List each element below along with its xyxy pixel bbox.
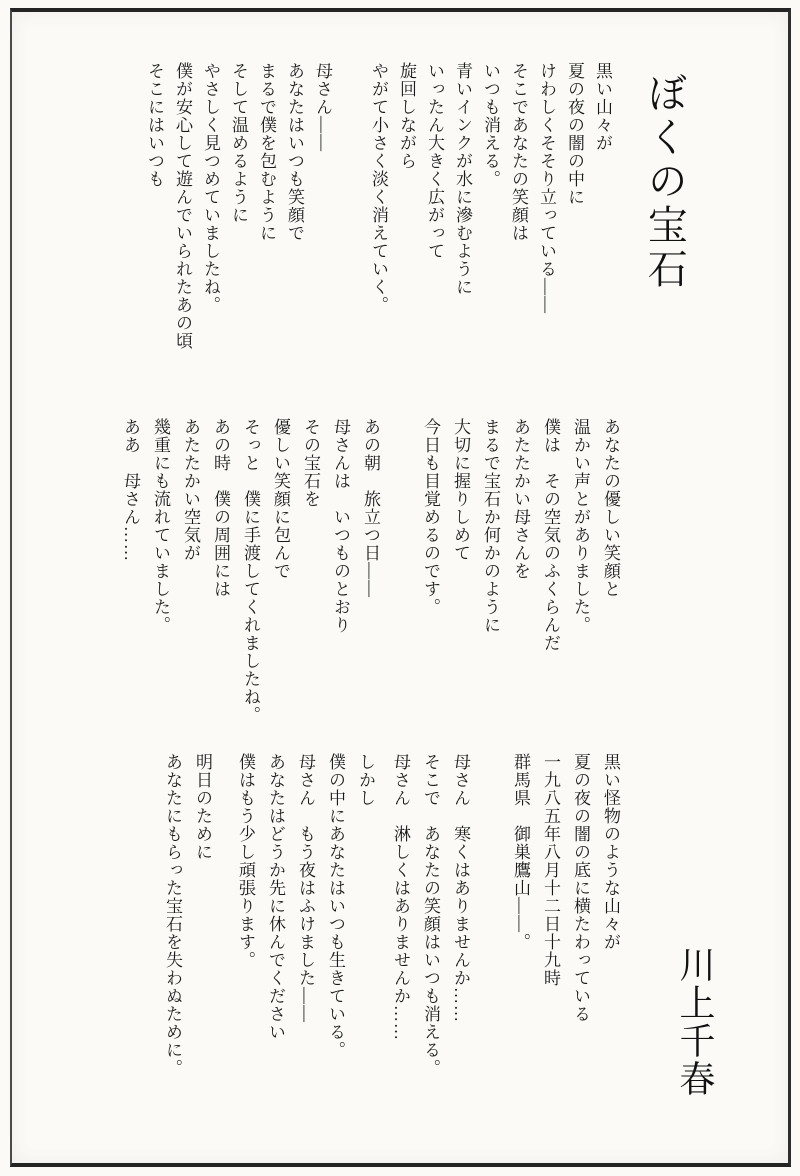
stanza: 明日のためにあなたにもらった宝石を失わぬために。: [157, 753, 217, 1077]
poem-line: 母さん 寒くはありませんか……: [445, 753, 475, 1077]
poem-line: あたたかい空気が: [175, 418, 205, 724]
poem-line: 夏の夜の闇の中に: [560, 62, 588, 350]
poem-line: 今日も目覚めるのです。: [415, 418, 445, 724]
stanza: しかし僕の中にあなたはいつも生きている。母さん もう夜はふけました――あなたはど…: [230, 753, 380, 1077]
poem-line: そして温めるように: [224, 62, 252, 350]
stanza: 黒い怪物のような山々が夏の夜の闇の底に横たわっている一九八五年八月十二日十九時群…: [505, 753, 625, 1077]
poem-line: いったん大きく広がって: [420, 62, 448, 350]
poem-line: 母さんは いつものとおり: [325, 418, 355, 724]
poem-line: 夏の夜の闇の底に横たわっている: [565, 753, 595, 1077]
poem-line: 青いインクが水に滲むように: [448, 62, 476, 350]
stanza-block-middle: あなたの優しい笑顔と温かい声とがありました。僕は その空気のふくらんだあたたかい…: [115, 418, 625, 724]
poem-line: まるで僕を包むように: [252, 62, 280, 350]
stanza: あの朝 旅立つ日――母さんは いつものとおりその宝石を優しい笑顔に包んでそっと …: [115, 418, 385, 724]
poem-line: あなたにもらった宝石を失わぬために。: [157, 753, 187, 1077]
poem-line: 僕はもう少し頑張ります。: [230, 753, 260, 1077]
poem-line: あたたかい母さんを: [505, 418, 535, 724]
poem-line: 群馬県 御巣鷹山――。: [505, 753, 535, 1077]
poem-line: そこで あなたの笑顔はいつも消える。: [415, 753, 445, 1077]
stanza-block-top: 黒い山々が夏の夜の闇の中にけわしくそそり立っている――そこであなたの笑顔はいつも…: [140, 62, 616, 350]
scanned-poem-page: ぼくの宝石 川上千春 黒い山々が夏の夜の闇の中にけわしくそそり立っている――そこ…: [0, 0, 800, 1176]
poem-line: あの時 僕の周囲には: [205, 418, 235, 724]
poem-line: 優しい笑顔に包んで: [265, 418, 295, 724]
stanza-block-bottom: 黒い怪物のような山々が夏の夜の闇の底に横たわっている一九八五年八月十二日十九時群…: [157, 753, 625, 1077]
poem-line: 旋回しながら: [392, 62, 420, 350]
stanza: 母さん――あなたはいつも笑顔でまるで僕を包むようにそして温めるようにやさしく見つ…: [140, 62, 336, 350]
poem-line: 母さん 淋しくはありませんか……: [385, 753, 415, 1077]
poem-line: けわしくそそり立っている――: [532, 62, 560, 350]
poem-line: やさしく見つめていましたね。: [196, 62, 224, 350]
poem-line: そっと 僕に手渡してくれましたね。: [235, 418, 265, 724]
stanza: 黒い山々が夏の夜の闇の中にけわしくそそり立っている――そこであなたの笑顔はいつも…: [364, 62, 616, 350]
poem-line: 母さん もう夜はふけました――: [290, 753, 320, 1077]
poem-line: そこにはいつも: [140, 62, 168, 350]
poem-line: ああ 母さん……: [115, 418, 145, 724]
poem-line: 僕の中にあなたはいつも生きている。: [320, 753, 350, 1077]
poem-line: いつも消える。: [476, 62, 504, 350]
poem-line: 明日のために: [187, 753, 217, 1077]
poem-line: 僕が安心して遊んでいられたあの頃: [168, 62, 196, 350]
poem-line: 幾重にも流れていました。: [145, 418, 175, 724]
poem-title: ぼくの宝石: [636, 72, 693, 292]
poem-line: 大切に握りしめて: [445, 418, 475, 724]
poem-line: その宝石を: [295, 418, 325, 724]
poem-line: 温かい声とがありました。: [565, 418, 595, 724]
poem-author: 川上千春: [670, 946, 721, 1098]
poem-line: 母さん――: [308, 62, 336, 350]
poem-line: あなたの優しい笑顔と: [595, 418, 625, 724]
poem-line: まるで宝石か何かのように: [475, 418, 505, 724]
stanza: あなたの優しい笑顔と温かい声とがありました。僕は その空気のふくらんだあたたかい…: [415, 418, 625, 724]
poem-line: あなたはいつも笑顔で: [280, 62, 308, 350]
poem-line: 黒い山々が: [588, 62, 616, 350]
poem-line: 一九八五年八月十二日十九時: [535, 753, 565, 1077]
stanza: 母さん 寒くはありませんか……そこで あなたの笑顔はいつも消える。母さん 淋しく…: [385, 753, 475, 1077]
poem-line: そこであなたの笑顔は: [504, 62, 532, 350]
poem-line: あの朝 旅立つ日――: [355, 418, 385, 724]
poem-line: 黒い怪物のような山々が: [595, 753, 625, 1077]
poem-line: しかし: [350, 753, 380, 1077]
poem-line: やがて小さく淡く消えていく。: [364, 62, 392, 350]
poem-line: あなたはどうか先に休んでください: [260, 753, 290, 1077]
poem-line: 僕は その空気のふくらんだ: [535, 418, 565, 724]
